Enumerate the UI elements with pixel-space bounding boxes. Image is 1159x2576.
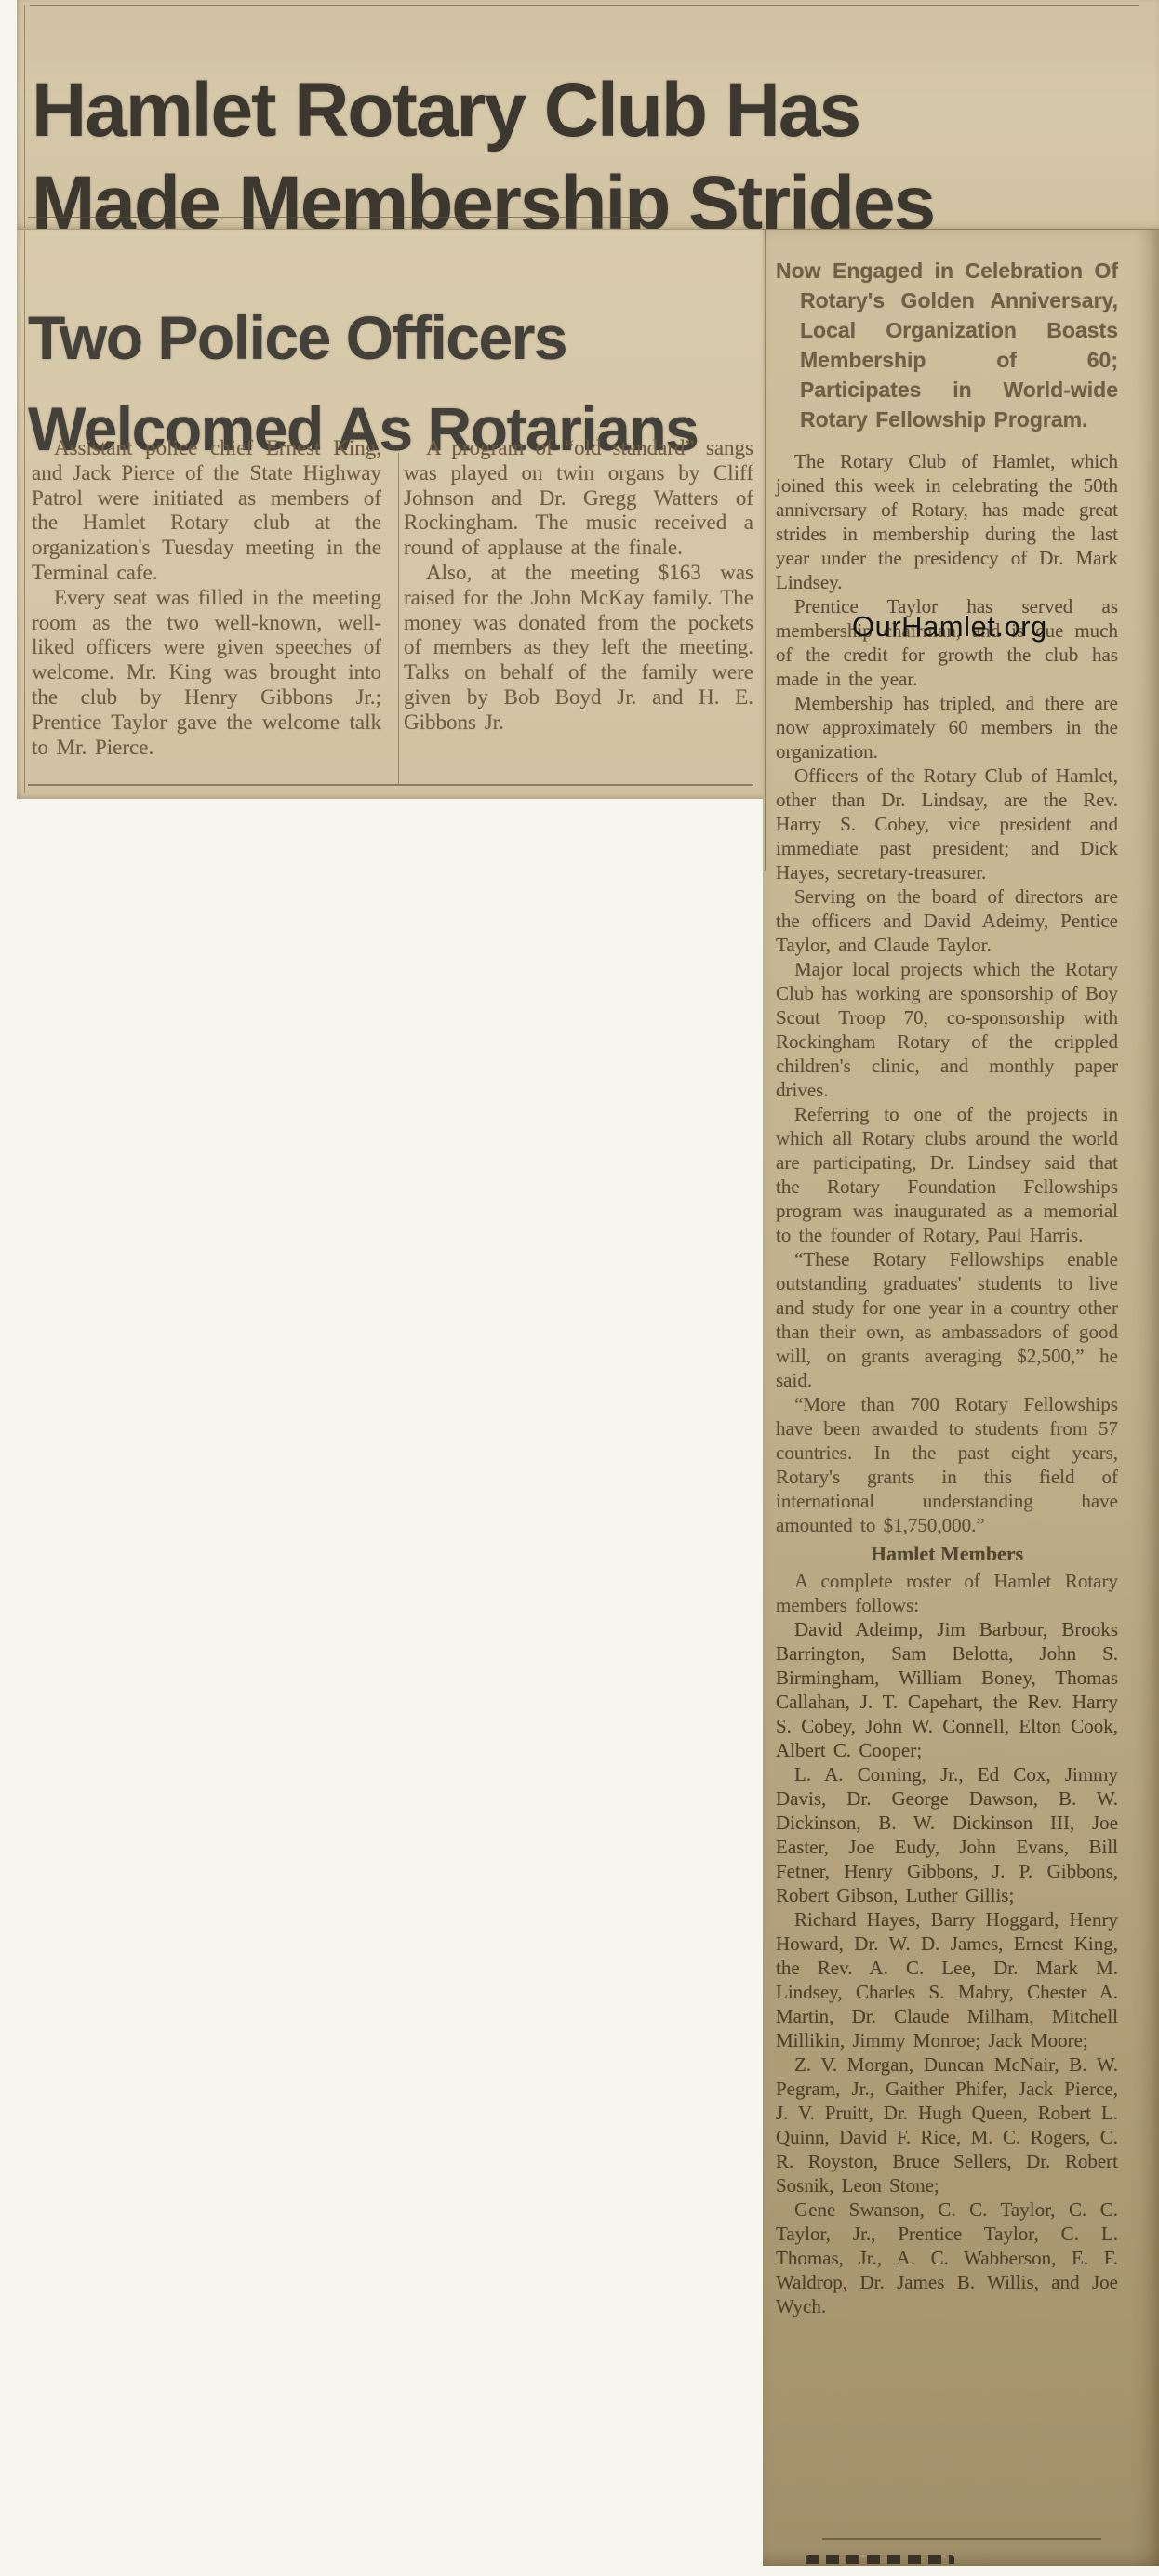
body-paragraph: Serving on the board of directors are th… <box>776 884 1118 957</box>
headline-underline-rule <box>28 217 659 218</box>
paragraph: Assistant police chief Ernest King, and … <box>32 436 381 586</box>
right-column-content: Now Engaged in Celebration Of Rotary's G… <box>776 256 1118 2318</box>
column-divider-rule <box>398 453 399 784</box>
watermark: OurHamlet.org <box>852 610 1047 644</box>
section-subhead: Hamlet Members <box>776 1541 1118 1567</box>
body-paragraph: Officers of the Rotary Club of Hamlet, o… <box>776 764 1118 884</box>
paragraph: Every seat was filled in the meeting roo… <box>32 586 381 761</box>
body-paragraph: The Rotary Club of Hamlet, which joined … <box>776 449 1118 594</box>
roster-intro-paragraph: A complete roster of Hamlet Rotary membe… <box>776 1569 1118 1617</box>
main-headline-line1: Hamlet Rotary Club Has <box>32 68 859 153</box>
paragraph: A program of “old standard” sangs was pl… <box>404 436 753 561</box>
top-border-rule <box>30 5 1139 6</box>
roster-paragraph: Gene Swanson, C. C. Taylor, C. C. Taylor… <box>776 2198 1118 2318</box>
roster-paragraph: Z. V. Morgan, Duncan McNair, B. W. Pegra… <box>776 2052 1118 2198</box>
left-edge-rule <box>765 230 766 871</box>
body-paragraph: Major local projects which the Rotary Cl… <box>776 957 1118 1102</box>
left-edge-rule <box>24 5 25 228</box>
closing-rule <box>822 2538 1101 2540</box>
left-edge-rule <box>24 230 25 793</box>
article-bottom-rule <box>28 784 753 786</box>
body-paragraph: Membership has tripled, and there are no… <box>776 691 1118 764</box>
right-column-clipping: Now Engaged in Celebration Of Rotary's G… <box>763 229 1159 2566</box>
article-column-1: Assistant police chief Ernest King, and … <box>32 436 381 760</box>
article-columns: Assistant police chief Ernest King, and … <box>32 436 753 760</box>
left-article-clipping: Two Police Officers Welcomed As Rotarian… <box>17 229 763 799</box>
scanned-newspaper-page: Hamlet Rotary Club Has Made Membership S… <box>0 0 1159 2576</box>
article-column-2: A program of “old standard” sangs was pl… <box>404 436 753 760</box>
paragraph: Also, at the meeting $163 was raised for… <box>404 561 753 736</box>
body-paragraph: “More than 700 Rotary Fellowships have b… <box>776 1392 1118 1537</box>
body-paragraph: Referring to one of the projects in whic… <box>776 1102 1118 1247</box>
intro-summary: Now Engaged in Celebration Of Rotary's G… <box>776 256 1118 434</box>
roster-paragraph: David Adeimp, Jim Barbour, Brooks Barrin… <box>776 1617 1118 1762</box>
main-headline: Hamlet Rotary Club Has Made Membership S… <box>32 64 1129 250</box>
article-headline-line1: Two Police Officers <box>28 303 566 372</box>
roster-paragraph: L. A. Corning, Jr., Ed Cox, Jimmy Davis,… <box>776 1762 1118 1907</box>
masthead-clipping: Hamlet Rotary Club Has Made Membership S… <box>17 0 1159 229</box>
cut-off-glyphs <box>806 2555 954 2564</box>
roster-paragraph: Richard Hayes, Barry Hoggard, Henry Howa… <box>776 1907 1118 2052</box>
body-paragraph: “These Rotary Fellowships enable outstan… <box>776 1247 1118 1392</box>
cut-off-text-fragment <box>806 2555 954 2564</box>
